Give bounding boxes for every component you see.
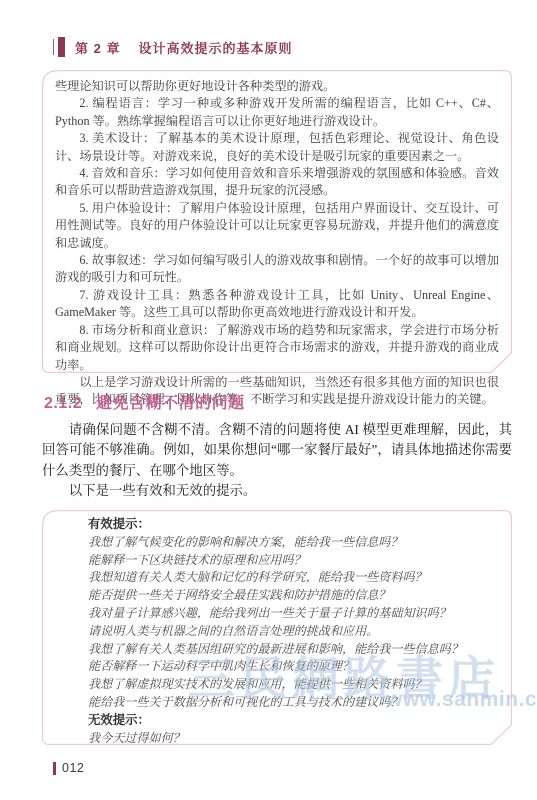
valid-prompt-item: 请说明人类与机器之间的自然语言处理的挑战和应用。	[88, 623, 496, 641]
prompt-examples-box: 有效提示： 我想了解气候变化的影响和解决方案，能给我一些信息吗？ 能解释一下区块…	[42, 510, 512, 745]
valid-prompt-item: 能否提供一些关于网络安全最佳实践和防护措施的信息？	[88, 587, 496, 605]
invalid-prompt-list: 我今天过得如何？	[88, 730, 496, 748]
valid-prompt-list: 我想了解气候变化的影响和解决方案，能给我一些信息吗？ 能解释一下区块链技术的原理…	[88, 534, 496, 712]
section-title: 避免含糊不清的问题	[96, 395, 245, 412]
knowledge-paragraph: 5. 用户体验设计：了解用户体验设计原理，包括用户界面设计、交互设计、可用性测试…	[55, 200, 499, 252]
valid-prompt-item: 我对量子计算感兴趣，能给我列出一些关于量子计算的基础知识吗？	[88, 605, 496, 623]
body-paragraph-list: 请确保问题不含糊不清。含糊不清的问题将使 AI 模型更难理解，因此，其回答可能不…	[42, 420, 512, 502]
prompt-examples-content: 有效提示： 我想了解气候变化的影响和解决方案，能给我一些信息吗？ 能解释一下区块…	[88, 516, 496, 747]
valid-prompt-item: 能解释一下区块链技术的原理和应用吗？	[88, 552, 496, 570]
page-footer: 012	[53, 761, 84, 775]
section-heading: 2.1.2避免含糊不清的问题	[44, 390, 245, 413]
knowledge-box: 些理论知识可以帮助你更好地设计各种类型的游戏。 2. 编程语言：学习一种或多种游…	[42, 70, 512, 373]
header-accent-bar	[58, 37, 65, 57]
footer-accent-bar	[53, 762, 56, 775]
valid-prompt-item: 我想了解虚拟现实技术的发展和应用，能提供一些相关资料吗？	[88, 676, 496, 694]
invalid-prompts-label: 无效提示：	[88, 712, 496, 730]
valid-prompt-item: 能给我一些关于数据分析和可视化的工具与技术的建议吗？	[88, 694, 496, 712]
knowledge-paragraph: 7. 游戏设计工具：熟悉各种游戏设计工具，比如 Unity、Unreal Eng…	[55, 287, 499, 322]
section-number: 2.1.2	[44, 395, 82, 412]
valid-prompts-label: 有效提示：	[88, 516, 496, 534]
knowledge-paragraph: 2. 编程语言：学习一种或多种游戏开发所需的编程语言，比如 C++、C#、Pyt…	[55, 95, 499, 130]
book-page: 第 2 章 设计高效提示的基本原则 些理论知识可以帮助你更好地设计各种类型的游戏…	[0, 0, 537, 800]
knowledge-paragraph: 些理论知识可以帮助你更好地设计各种类型的游戏。	[55, 78, 499, 95]
header-thin-rule	[53, 39, 54, 55]
knowledge-paragraph: 8. 市场分析和商业意识：了解游戏市场的趋势和玩家需求，学会进行市场分析和商业规…	[55, 322, 499, 374]
valid-prompt-item: 我想知道有关人类大脑和记忆的科学研究，能给我一些资料吗？	[88, 569, 496, 587]
valid-prompt-item: 我想了解有关人类基因组研究的最新进展和影响，能给我一些信息吗？	[88, 641, 496, 659]
chapter-title: 设计高效提示的基本原则	[138, 38, 292, 57]
valid-prompt-item: 能否解释一下运动科学中肌肉生长和恢复的原理？	[88, 658, 496, 676]
invalid-prompt-item: 我今天过得如何？	[88, 730, 496, 748]
knowledge-paragraph: 3. 美术设计：了解基本的美术设计原理，包括色彩理论、视觉设计、角色设计、场景设…	[55, 130, 499, 165]
page-number: 012	[62, 761, 84, 775]
chapter-header: 第 2 章 设计高效提示的基本原则	[53, 36, 292, 58]
knowledge-paragraph: 4. 音效和音乐：学习如何使用音效和音乐来增强游戏的氛围感和体验感。音效和音乐可…	[55, 165, 499, 200]
valid-prompt-item: 我想了解气候变化的影响和解决方案，能给我一些信息吗？	[88, 534, 496, 552]
knowledge-paragraph: 6. 故事叙述：学习如何编写吸引人的游戏故事和剧情。一个好的故事可以增加游戏的吸…	[55, 252, 499, 287]
body-paragraph: 请确保问题不含糊不清。含糊不清的问题将使 AI 模型更难理解，因此，其回答可能不…	[42, 420, 512, 481]
body-paragraph: 以下是一些有效和无效的提示。	[42, 481, 512, 501]
knowledge-paragraph-list: 些理论知识可以帮助你更好地设计各种类型的游戏。 2. 编程语言：学习一种或多种游…	[55, 78, 499, 409]
chapter-number: 第 2 章	[75, 38, 120, 57]
